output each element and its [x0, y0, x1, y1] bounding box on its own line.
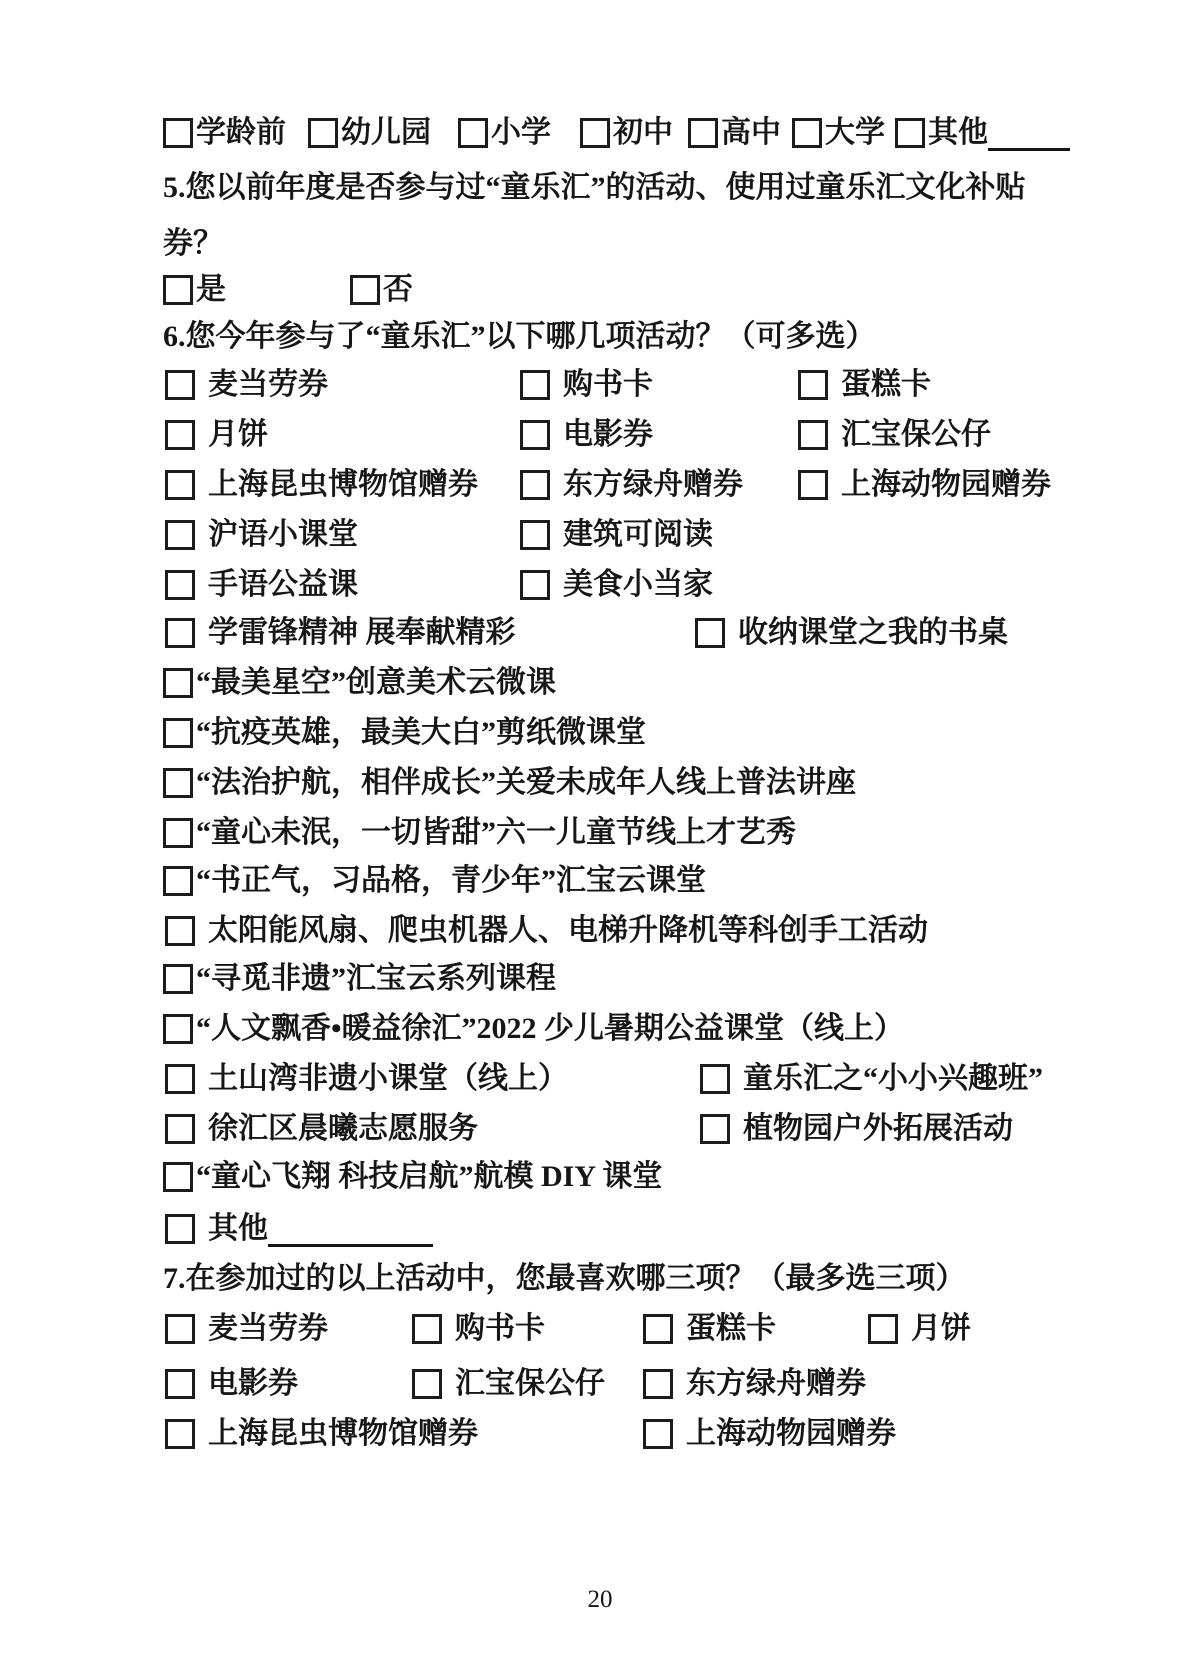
checkbox-icon[interactable]	[165, 1369, 195, 1399]
fill-in-blank[interactable]	[988, 116, 1070, 151]
option-label: “童心未泯，一切皆甜”六一儿童节线上才艺秀	[196, 810, 796, 856]
checkbox-icon[interactable]	[163, 718, 193, 748]
checkbox-icon[interactable]	[165, 618, 195, 648]
q6-row-8: “抗疫英雄，最美大白”剪纸微课堂	[0, 710, 1200, 756]
q6-row-7: “最美星空”创意美术云微课	[0, 660, 1200, 706]
option-label: 购书卡	[455, 1306, 545, 1352]
option-label: “抗疫英雄，最美大白”剪纸微课堂	[196, 710, 646, 756]
checkbox-icon[interactable]	[165, 470, 195, 500]
checkbox-icon[interactable]	[798, 420, 828, 450]
question-7-title: 7.在参加过的以上活动中，您最喜欢哪三项？（最多选三项）	[163, 1256, 966, 1302]
option-label: 蛋糕卡	[686, 1306, 776, 1352]
option-label: 收纳课堂之我的书桌	[738, 610, 1008, 656]
option-label: 建筑可阅读	[563, 512, 713, 558]
age-option-primary: 小学	[458, 110, 551, 156]
checkbox-icon[interactable]	[520, 470, 550, 500]
checkbox-option: 蛋糕卡	[643, 1306, 776, 1352]
checkbox-icon[interactable]	[163, 768, 193, 798]
age-option-kindergarten: 幼儿园	[308, 110, 431, 156]
option-label: 是	[196, 267, 226, 313]
checkbox-icon[interactable]	[792, 118, 822, 148]
checkbox-icon[interactable]	[165, 1419, 195, 1449]
q6-row-10: “童心未泯，一切皆甜”六一儿童节线上才艺秀	[0, 810, 1200, 856]
checkbox-option: 上海动物园赠券	[798, 462, 1051, 508]
checkbox-option: 购书卡	[520, 362, 653, 408]
q6-row-16: 徐汇区晨曦志愿服务 植物园户外拓展活动	[0, 1106, 1200, 1152]
option-label: 东方绿舟赠券	[686, 1361, 866, 1407]
q7-row-2: 电影券 汇宝保公仔 东方绿舟赠券	[0, 1361, 1200, 1407]
checkbox-option: 学雷锋精神 展奉献精彩	[165, 610, 516, 656]
option-label: 上海昆虫博物馆赠券	[208, 462, 478, 508]
checkbox-option: 购书卡	[412, 1306, 545, 1352]
checkbox-option: “抗疫英雄，最美大白”剪纸微课堂	[163, 710, 646, 756]
checkbox-icon[interactable]	[163, 118, 193, 148]
checkbox-icon[interactable]	[350, 275, 380, 305]
checkbox-icon[interactable]	[643, 1369, 673, 1399]
option-label: 沪语小课堂	[208, 512, 358, 558]
option-label: 上海动物园赠券	[686, 1411, 896, 1457]
checkbox-option: 徐汇区晨曦志愿服务	[165, 1106, 478, 1152]
option-label: 学雷锋精神 展奉献精彩	[208, 610, 516, 656]
option-label: 月饼	[208, 412, 268, 458]
checkbox-option: “法治护航，相伴成长”关爱未成年人线上普法讲座	[163, 760, 856, 806]
checkbox-icon[interactable]	[580, 118, 610, 148]
q6-row-12: 太阳能风扇、爬虫机器人、电梯升降机等科创手工活动	[0, 908, 1200, 954]
checkbox-icon[interactable]	[165, 420, 195, 450]
checkbox-option: “最美星空”创意美术云微课	[163, 660, 556, 706]
checkbox-option: 沪语小课堂	[165, 512, 358, 558]
q6-row-14: “人文飘香•暖益徐汇”2022 少儿暑期公益课堂（线上）	[0, 1006, 1200, 1052]
checkbox-icon[interactable]	[700, 1064, 730, 1094]
page-number: 20	[0, 1586, 1200, 1614]
option-label: “人文飘香•暖益徐汇”2022 少儿暑期公益课堂（线上）	[196, 1006, 904, 1052]
checkbox-option: 东方绿舟赠券	[520, 462, 743, 508]
q7-row-1: 麦当劳券 购书卡 蛋糕卡 月饼	[0, 1306, 1200, 1352]
checkbox-option: 汇宝保公仔	[798, 412, 991, 458]
option-label: “法治护航，相伴成长”关爱未成年人线上普法讲座	[196, 760, 856, 806]
checkbox-icon[interactable]	[868, 1314, 898, 1344]
option-label: 大学	[825, 110, 885, 156]
checkbox-option: 上海昆虫博物馆赠券	[165, 462, 478, 508]
option-label: 蛋糕卡	[841, 362, 931, 408]
option-label: 幼儿园	[341, 110, 431, 156]
option-label: 学龄前	[196, 110, 286, 156]
q6-row-4: 沪语小课堂 建筑可阅读	[0, 512, 1200, 558]
option-label: 汇宝保公仔	[841, 412, 991, 458]
checkbox-icon[interactable]	[165, 1314, 195, 1344]
checkbox-icon[interactable]	[412, 1314, 442, 1344]
option-label: 美食小当家	[563, 562, 713, 608]
checkbox-option: 太阳能风扇、爬虫机器人、电梯升降机等科创手工活动	[165, 908, 928, 954]
checkbox-option: 蛋糕卡	[798, 362, 931, 408]
q6-row-5: 手语公益课 美食小当家	[0, 562, 1200, 608]
checkbox-option: “人文飘香•暖益徐汇”2022 少儿暑期公益课堂（线上）	[163, 1006, 904, 1052]
checkbox-icon[interactable]	[165, 370, 195, 400]
q6-row-17: “童心飞翔 科技启航”航模 DIY 课堂	[0, 1154, 1200, 1200]
checkbox-option: 电影券	[520, 412, 653, 458]
checkbox-option: 麦当劳券	[165, 362, 328, 408]
checkbox-option: 收纳课堂之我的书桌	[695, 610, 1008, 656]
checkbox-option: 月饼	[165, 412, 268, 458]
checkbox-option: 美食小当家	[520, 562, 713, 608]
option-label: 电影券	[563, 412, 653, 458]
age-option-senior: 高中	[688, 110, 781, 156]
checkbox-option: 建筑可阅读	[520, 512, 713, 558]
age-option-college: 大学	[792, 110, 885, 156]
checkbox-icon[interactable]	[165, 1114, 195, 1144]
q6-row-6: 学雷锋精神 展奉献精彩 收纳课堂之我的书桌	[0, 610, 1200, 656]
q6-row-1: 麦当劳券 购书卡 蛋糕卡	[0, 362, 1200, 408]
questionnaire-page: 学龄前 幼儿园 小学 初中 高中 大学 其他 5.您以前年度是否参与过“童乐汇”…	[0, 0, 1200, 1679]
checkbox-option-other: 其他	[165, 1206, 433, 1252]
checkbox-option: “童心飞翔 科技启航”航模 DIY 课堂	[163, 1154, 662, 1200]
q6-row-3: 上海昆虫博物馆赠券 东方绿舟赠券 上海动物园赠券	[0, 462, 1200, 508]
option-label: 上海动物园赠券	[841, 462, 1051, 508]
option-label: 植物园户外拓展活动	[743, 1106, 1013, 1152]
option-label: 月饼	[911, 1306, 971, 1352]
checkbox-option: 手语公益课	[165, 562, 358, 608]
checkbox-icon[interactable]	[458, 118, 488, 148]
question-5-title: 5.您以前年度是否参与过“童乐汇”的活动、使用过童乐汇文化补贴	[163, 165, 1026, 211]
checkbox-icon[interactable]	[798, 470, 828, 500]
option-label: 小学	[491, 110, 551, 156]
checkbox-icon[interactable]	[412, 1369, 442, 1399]
checkbox-icon[interactable]	[165, 916, 195, 946]
option-label: “寻觅非遗”汇宝云系列课程	[196, 956, 556, 1002]
checkbox-icon[interactable]	[895, 118, 925, 148]
q7-row-3: 上海昆虫博物馆赠券 上海动物园赠券	[0, 1411, 1200, 1457]
checkbox-icon[interactable]	[700, 1114, 730, 1144]
checkbox-option: “寻觅非遗”汇宝云系列课程	[163, 956, 556, 1002]
question-6-title: 6.您今年参与了“童乐汇”以下哪几项活动？（可多选）	[163, 314, 876, 360]
option-label: 其他	[928, 110, 988, 156]
checkbox-icon[interactable]	[163, 866, 193, 896]
checkbox-icon[interactable]	[163, 1014, 193, 1044]
checkbox-icon[interactable]	[163, 275, 193, 305]
age-option-preschool: 学龄前	[163, 110, 286, 156]
q6-row-11: “书正气，习品格，青少年”汇宝云课堂	[0, 858, 1200, 904]
checkbox-icon[interactable]	[163, 668, 193, 698]
option-label: 购书卡	[563, 362, 653, 408]
checkbox-icon[interactable]	[165, 1214, 195, 1244]
option-label: 土山湾非遗小课堂（线上）	[208, 1056, 568, 1102]
option-label: 麦当劳券	[208, 1306, 328, 1352]
age-option-junior: 初中	[580, 110, 673, 156]
checkbox-option: 电影券	[165, 1361, 298, 1407]
age-options-row: 学龄前 幼儿园 小学 初中 高中 大学 其他	[0, 110, 1200, 156]
checkbox-icon[interactable]	[520, 370, 550, 400]
q6-row-9: “法治护航，相伴成长”关爱未成年人线上普法讲座	[0, 760, 1200, 806]
checkbox-icon[interactable]	[520, 520, 550, 550]
q5-option-no: 否	[350, 267, 413, 313]
checkbox-icon[interactable]	[163, 1162, 193, 1192]
checkbox-icon[interactable]	[165, 570, 195, 600]
fill-in-blank[interactable]	[268, 1212, 433, 1247]
checkbox-option: 汇宝保公仔	[412, 1361, 605, 1407]
checkbox-option: 植物园户外拓展活动	[700, 1106, 1013, 1152]
question-5-title-wrap: 券？	[163, 221, 223, 267]
checkbox-option: “书正气，习品格，青少年”汇宝云课堂	[163, 858, 706, 904]
checkbox-icon[interactable]	[695, 618, 725, 648]
q5-option-yes: 是	[163, 267, 226, 313]
option-label: “书正气，习品格，青少年”汇宝云课堂	[196, 858, 706, 904]
option-label: 手语公益课	[208, 562, 358, 608]
age-option-other: 其他	[895, 110, 1070, 156]
checkbox-icon[interactable]	[643, 1419, 673, 1449]
checkbox-icon[interactable]	[520, 420, 550, 450]
checkbox-option: 麦当劳券	[165, 1306, 328, 1352]
checkbox-option: 上海动物园赠券	[643, 1411, 896, 1457]
option-label: 电影券	[208, 1361, 298, 1407]
option-label: 汇宝保公仔	[455, 1361, 605, 1407]
checkbox-icon[interactable]	[163, 964, 193, 994]
option-label: 否	[383, 267, 413, 313]
option-label: 初中	[613, 110, 673, 156]
q6-row-18: 其他	[0, 1206, 1200, 1252]
checkbox-icon[interactable]	[643, 1314, 673, 1344]
option-label: 上海昆虫博物馆赠券	[208, 1411, 478, 1457]
question-5-options-row: 是 否	[0, 267, 1200, 313]
checkbox-option: 月饼	[868, 1306, 971, 1352]
checkbox-icon[interactable]	[520, 570, 550, 600]
option-label: 其他	[208, 1206, 268, 1252]
option-label: 高中	[721, 110, 781, 156]
option-label: 太阳能风扇、爬虫机器人、电梯升降机等科创手工活动	[208, 908, 928, 954]
option-label: 麦当劳券	[208, 362, 328, 408]
checkbox-icon[interactable]	[798, 370, 828, 400]
checkbox-option: 东方绿舟赠券	[643, 1361, 866, 1407]
option-label: 东方绿舟赠券	[563, 462, 743, 508]
checkbox-option: 土山湾非遗小课堂（线上）	[165, 1056, 568, 1102]
q6-row-2: 月饼 电影券 汇宝保公仔	[0, 412, 1200, 458]
checkbox-icon[interactable]	[163, 818, 193, 848]
checkbox-icon[interactable]	[308, 118, 338, 148]
checkbox-icon[interactable]	[688, 118, 718, 148]
option-label: 徐汇区晨曦志愿服务	[208, 1106, 478, 1152]
checkbox-icon[interactable]	[165, 1064, 195, 1094]
option-label: “最美星空”创意美术云微课	[196, 660, 556, 706]
checkbox-option: 上海昆虫博物馆赠券	[165, 1411, 478, 1457]
option-label: 童乐汇之“小小兴趣班”	[743, 1056, 1043, 1102]
option-label: “童心飞翔 科技启航”航模 DIY 课堂	[196, 1154, 662, 1200]
checkbox-option: “童心未泯，一切皆甜”六一儿童节线上才艺秀	[163, 810, 796, 856]
q6-row-15: 土山湾非遗小课堂（线上） 童乐汇之“小小兴趣班”	[0, 1056, 1200, 1102]
checkbox-icon[interactable]	[165, 520, 195, 550]
checkbox-option: 童乐汇之“小小兴趣班”	[700, 1056, 1043, 1102]
q6-row-13: “寻觅非遗”汇宝云系列课程	[0, 956, 1200, 1002]
